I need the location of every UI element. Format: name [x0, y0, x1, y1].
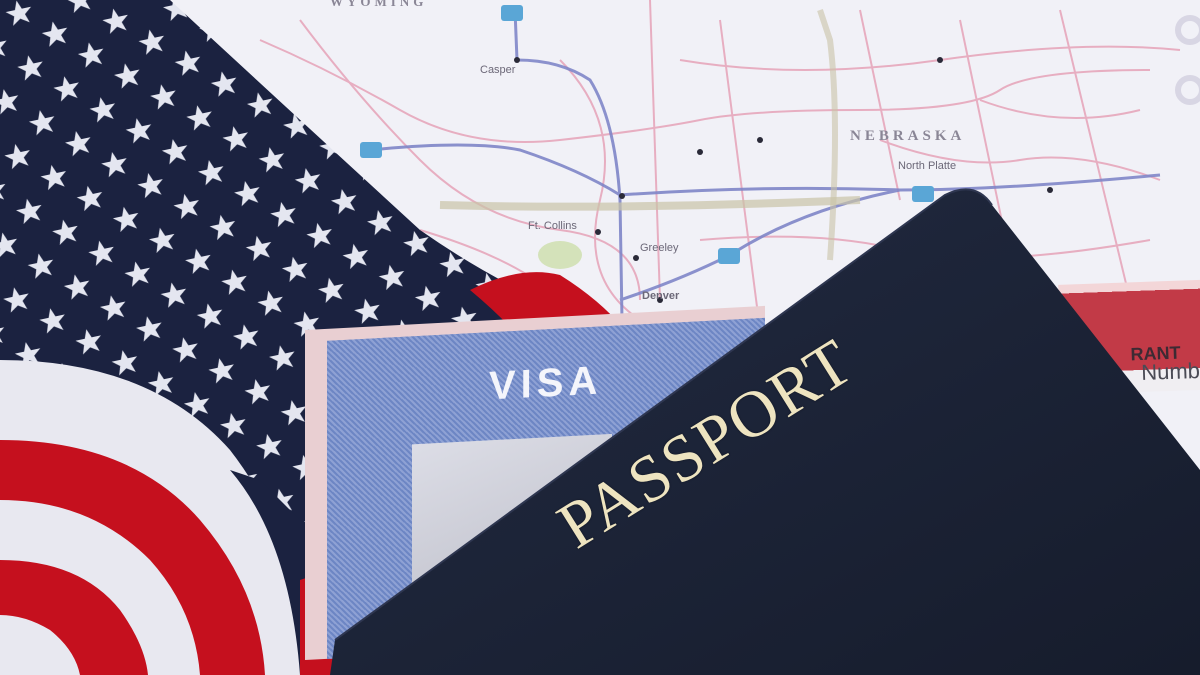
passport-cover [0, 0, 1200, 675]
passport: PASSPORT [0, 0, 1200, 675]
photo-scene: WYOMING NEBRASKA Casper Ft. Collins Gree… [0, 0, 1200, 675]
